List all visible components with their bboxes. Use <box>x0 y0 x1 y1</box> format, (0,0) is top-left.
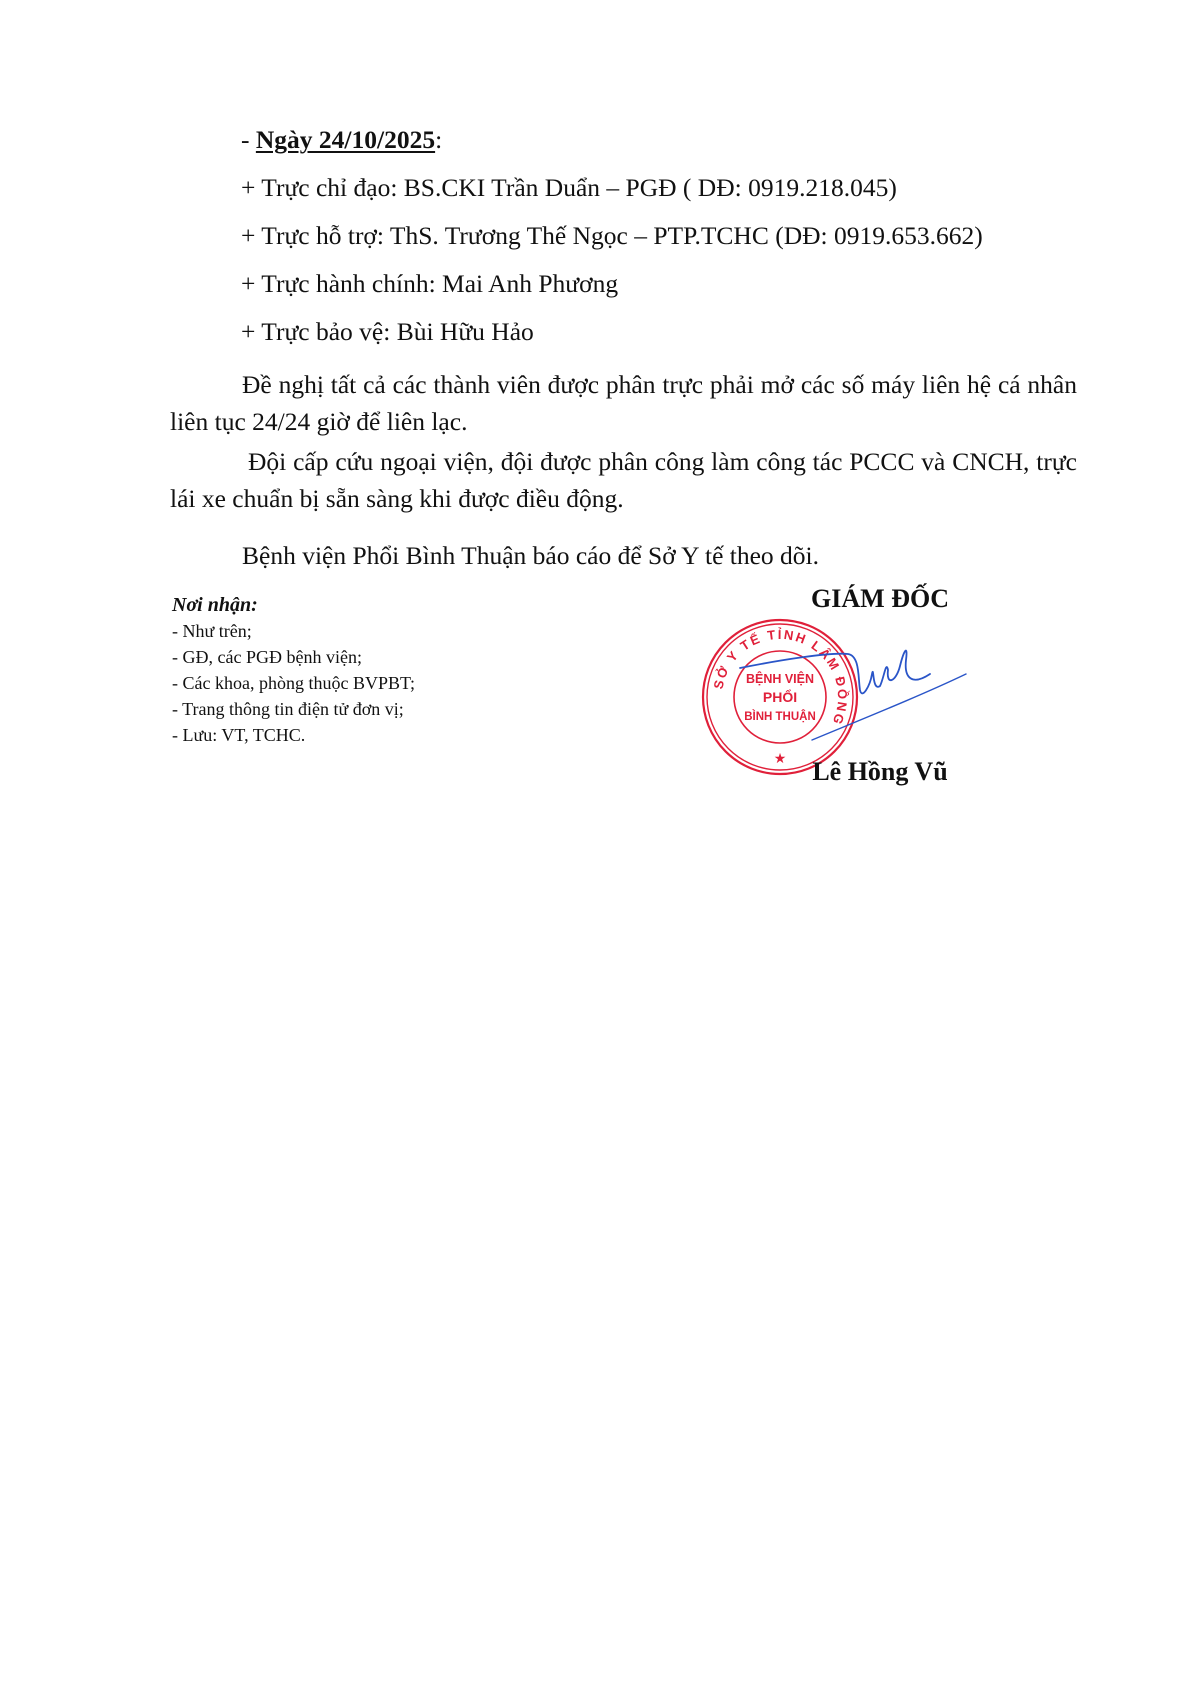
signer-title: GIÁM ĐỐC <box>790 584 970 614</box>
date-prefix: - <box>241 125 256 154</box>
recipient-item: - Trang thông tin điện tử đơn vị; <box>172 696 415 722</box>
duty-line-security: + Trực bảo vệ: Bùi Hữu Hảo <box>241 317 534 347</box>
recipients-block: Nơi nhận: - Như trên; - GĐ, các PGĐ bệnh… <box>172 592 415 748</box>
recipients-title: Nơi nhận: <box>172 592 415 618</box>
duty-line-admin: + Trực hành chính: Mai Anh Phương <box>241 269 618 299</box>
duty-line-support: + Trực hỗ trợ: ThS. Trương Thế Ngọc – PT… <box>241 221 983 251</box>
duty-line-director: + Trực chỉ đạo: BS.CKI Trần Duẩn – PGĐ (… <box>241 173 897 203</box>
paragraph-report: Bệnh viện Phổi Bình Thuận báo cáo để Sở … <box>170 537 1077 574</box>
recipient-item: - Lưu: VT, TCHC. <box>172 722 415 748</box>
schedule-date-line: - Ngày 24/10/2025: <box>241 125 442 155</box>
recipient-item: - Như trên; <box>172 618 415 644</box>
signer-name: Lê Hồng Vũ <box>790 757 970 787</box>
date-suffix: : <box>435 125 442 154</box>
handwritten-signature-icon <box>720 630 980 770</box>
recipient-item: - GĐ, các PGĐ bệnh viện; <box>172 644 415 670</box>
schedule-date: Ngày 24/10/2025 <box>256 125 435 154</box>
paragraph-emergency-team: Đội cấp cứu ngoại viện, đội được phân cô… <box>170 443 1077 517</box>
paragraph-contact: Đề nghị tất cả các thành viên được phân … <box>170 366 1077 440</box>
recipient-item: - Các khoa, phòng thuộc BVPBT; <box>172 670 415 696</box>
